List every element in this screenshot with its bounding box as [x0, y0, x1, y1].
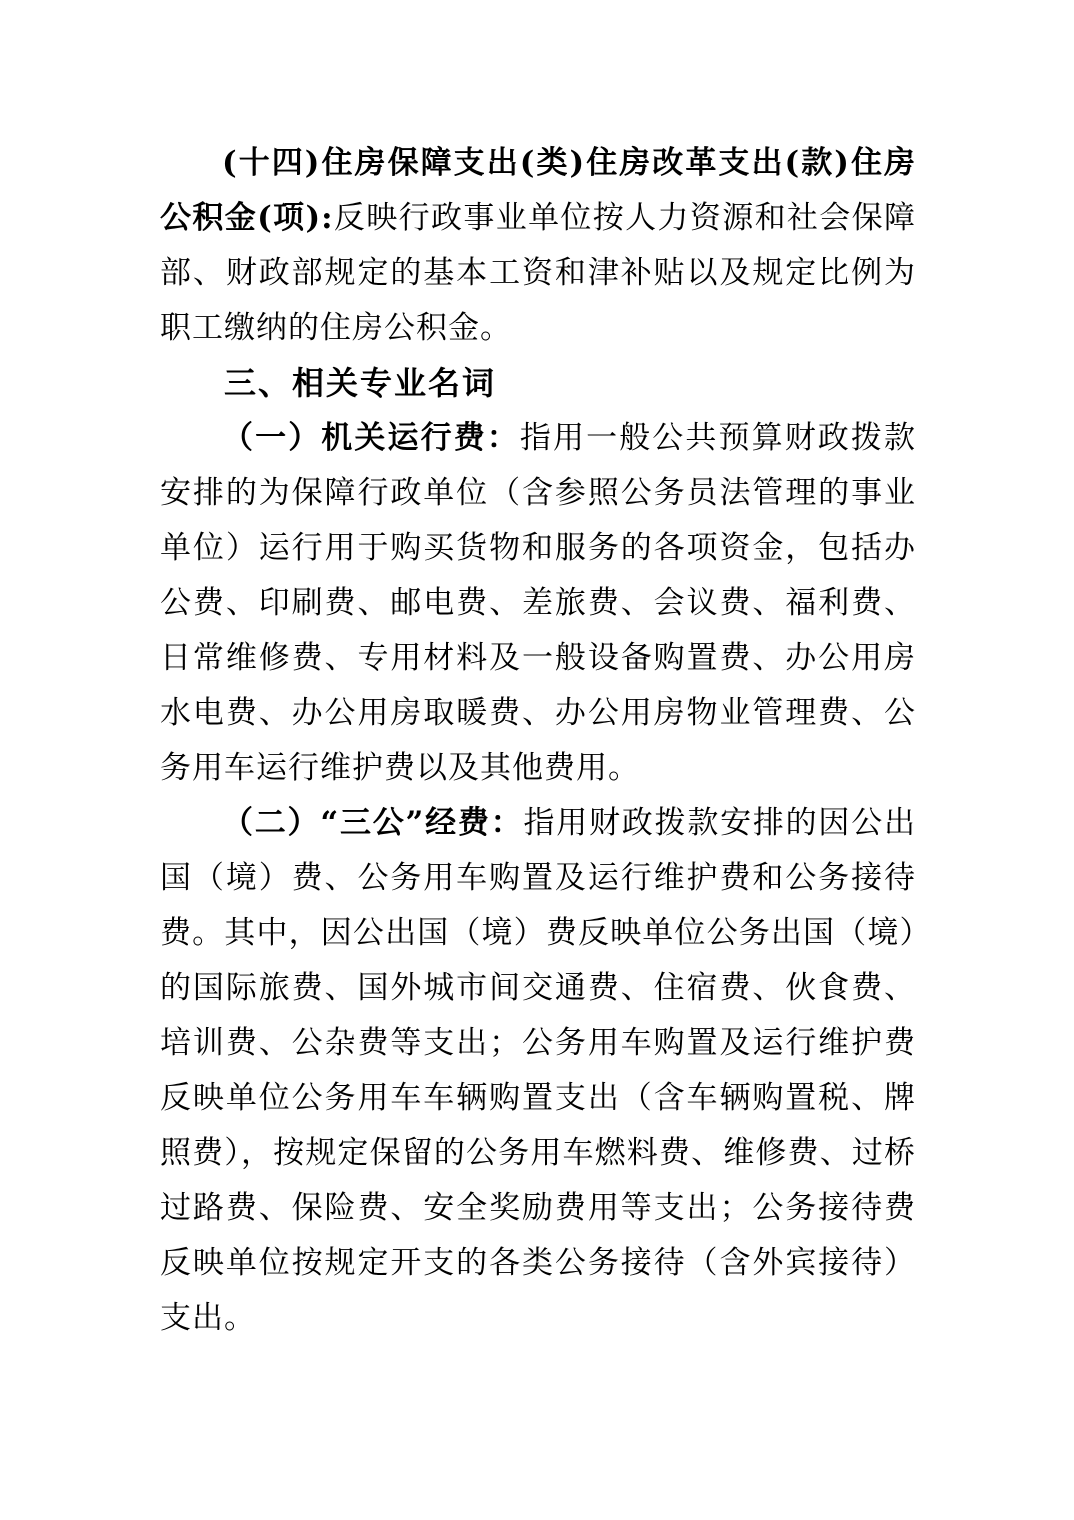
document-page: (十四)住房保障支出(类)住房改革支出(款)住房公积金(项):反映行政事业单位按…	[0, 0, 1074, 1520]
paragraph-three-public-funds-lead: （二）“三公”经费：	[222, 805, 523, 841]
paragraph-agency-operating-cost-lead: （一）机关运行费：	[222, 420, 520, 456]
paragraph-agency-operating-cost-body: 指用一般公共预算财政拨款安排的为保障行政单位（含参照公务员法管理的事业单位）运行…	[160, 420, 916, 786]
paragraph-three-public-funds-body: 指用财政拨款安排的因公出国（境）费、公务用车购置及运行维护费和公务接待费。其中，…	[160, 805, 916, 1336]
section-heading-related-terms: 三、相关专业名词	[160, 356, 916, 411]
paragraph-three-public-funds: （二）“三公”经费：指用财政拨款安排的因公出国（境）费、公务用车购置及运行维护费…	[160, 796, 916, 1346]
paragraph-housing-security: (十四)住房保障支出(类)住房改革支出(款)住房公积金(项):反映行政事业单位按…	[160, 136, 916, 356]
paragraph-agency-operating-cost: （一）机关运行费：指用一般公共预算财政拨款安排的为保障行政单位（含参照公务员法管…	[160, 411, 916, 796]
